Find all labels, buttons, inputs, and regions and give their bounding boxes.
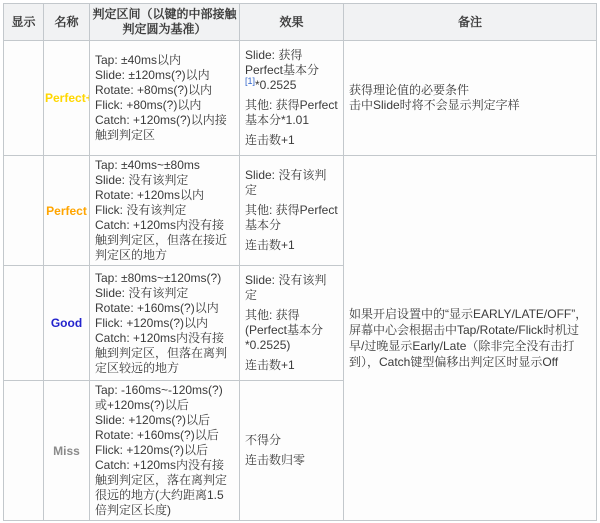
effect-cell-miss: 不得分 连击数归零 xyxy=(240,381,344,521)
effect-line-slide: Slide: 获得Perfect基本分[1]*0.2525 xyxy=(245,48,338,93)
notes-cell-merged: 如果开启设置中的“显示EARLY/LATE/OFF”，屏幕中心会根据击中Tap/… xyxy=(344,156,597,521)
judgment-line: Slide: ±120ms(?)以内 xyxy=(95,68,234,83)
header-display: 显示 xyxy=(4,4,44,41)
judgment-cell-perfect-plus: Tap: ±40ms以内 Slide: ±120ms(?)以内 Rotate: … xyxy=(90,41,240,156)
judgment-line: Tap: ±80ms~±120ms(?) xyxy=(95,271,234,286)
effect-line: 不得分 xyxy=(245,433,338,448)
judgment-table: 显示 名称 判定区间（以键的中部接触判定圆为基准） 效果 备注 Perfect+… xyxy=(3,3,597,521)
judgment-line: Slide: +120ms(?)以后 xyxy=(95,413,234,428)
name-good: Good xyxy=(44,266,90,381)
effect-line: Slide: 没有该判定 xyxy=(245,168,338,198)
header-judgment: 判定区间（以键的中部接触判定圆为基准） xyxy=(90,4,240,41)
judgment-line: Catch: +120ms内没有接触到判定区，但落在离判定区较远的地方 xyxy=(95,331,234,376)
effect-line: 其他: 获得Perfect基本分*1.01 xyxy=(245,98,338,128)
judgment-cell-good: Tap: ±80ms~±120ms(?) Slide: 没有该判定 Rotate… xyxy=(90,266,240,381)
judgment-line: Catch: +120ms(?)以内接触到判定区 xyxy=(95,113,234,143)
effect-line: 连击数归零 xyxy=(245,453,338,468)
judgment-line: Slide: 没有该判定 xyxy=(95,286,234,301)
display-cell-miss xyxy=(4,381,44,521)
effect-line: 其他: 获得Perfect基本分 xyxy=(245,203,338,233)
judgment-cell-perfect: Tap: ±40ms~±80ms Slide: 没有该判定 Rotate: +1… xyxy=(90,156,240,266)
effect-cell-good: Slide: 没有该判定 其他: 获得(Perfect基本分*0.2525) 连… xyxy=(240,266,344,381)
judgment-line: Flick: +120ms(?)以内 xyxy=(95,316,234,331)
name-perfect: Perfect xyxy=(44,156,90,266)
notes-cell-perfect-plus: 获得理论值的必要条件 击中Slide时将不会显示判定字样 xyxy=(344,41,597,156)
header-notes: 备注 xyxy=(344,4,597,41)
display-cell-perfect xyxy=(4,156,44,266)
note-line: 击中Slide时将不会显示判定字样 xyxy=(349,98,591,113)
judgment-line: Catch: +120ms内没有接触到判定区，落在离判定很远的地方(大约距离1.… xyxy=(95,458,234,518)
table-row-perfect: Perfect Tap: ±40ms~±80ms Slide: 没有该判定 Ro… xyxy=(4,156,597,266)
header-effect: 效果 xyxy=(240,4,344,41)
effect-text: Slide: 获得Perfect基本分 xyxy=(245,48,319,77)
effect-line: 其他: 获得(Perfect基本分*0.2525) xyxy=(245,308,338,353)
effect-cell-perfect: Slide: 没有该判定 其他: 获得Perfect基本分 连击数+1 xyxy=(240,156,344,266)
judgment-line: Tap: ±40ms~±80ms xyxy=(95,158,234,173)
wiki-page: 显示 名称 判定区间（以键的中部接触判定圆为基准） 效果 备注 Perfect+… xyxy=(0,0,600,523)
judgment-line: Rotate: +80ms(?)以内 xyxy=(95,83,234,98)
effect-cell-perfect-plus: Slide: 获得Perfect基本分[1]*0.2525 其他: 获得Perf… xyxy=(240,41,344,156)
judgment-cell-miss: Tap: -160ms~-120ms(?)或+120ms(?)以后 Slide:… xyxy=(90,381,240,521)
effect-line: 连击数+1 xyxy=(245,133,338,148)
merged-note-text: 如果开启设置中的“显示EARLY/LATE/OFF”，屏幕中心会根据击中Tap/… xyxy=(349,306,591,370)
effect-line: 连击数+1 xyxy=(245,238,338,253)
judgment-line: Flick: 没有该判定 xyxy=(95,203,234,218)
display-cell-good xyxy=(4,266,44,381)
judgment-line: Tap: -160ms~-120ms(?)或+120ms(?)以后 xyxy=(95,383,234,413)
effect-line: Slide: 没有该判定 xyxy=(245,273,338,303)
name-miss: Miss xyxy=(44,381,90,521)
header-name: 名称 xyxy=(44,4,90,41)
reference-link[interactable]: [1] xyxy=(245,76,255,86)
judgment-line: Flick: +80ms(?)以内 xyxy=(95,98,234,113)
display-cell-perfect-plus xyxy=(4,41,44,156)
note-line: 获得理论值的必要条件 xyxy=(349,83,591,98)
judgment-line: Rotate: +160ms(?)以内 xyxy=(95,301,234,316)
judgment-line: Rotate: +160ms(?)以后 xyxy=(95,428,234,443)
judgment-line: Catch: +120ms内没有接触到判定区，但落在接近判定区的地方 xyxy=(95,218,234,263)
judgment-line: Tap: ±40ms以内 xyxy=(95,53,234,68)
name-perfect-plus: Perfect+ xyxy=(44,41,90,156)
table-row-perfect-plus: Perfect+ Tap: ±40ms以内 Slide: ±120ms(?)以内… xyxy=(4,41,597,156)
effect-text: *0.2525 xyxy=(255,78,296,92)
judgment-line: Rotate: +120ms以内 xyxy=(95,188,234,203)
judgment-line: Slide: 没有该判定 xyxy=(95,173,234,188)
judgment-line: Flick: +120ms(?)以后 xyxy=(95,443,234,458)
table-header-row: 显示 名称 判定区间（以键的中部接触判定圆为基准） 效果 备注 xyxy=(4,4,597,41)
effect-line: 连击数+1 xyxy=(245,358,338,373)
